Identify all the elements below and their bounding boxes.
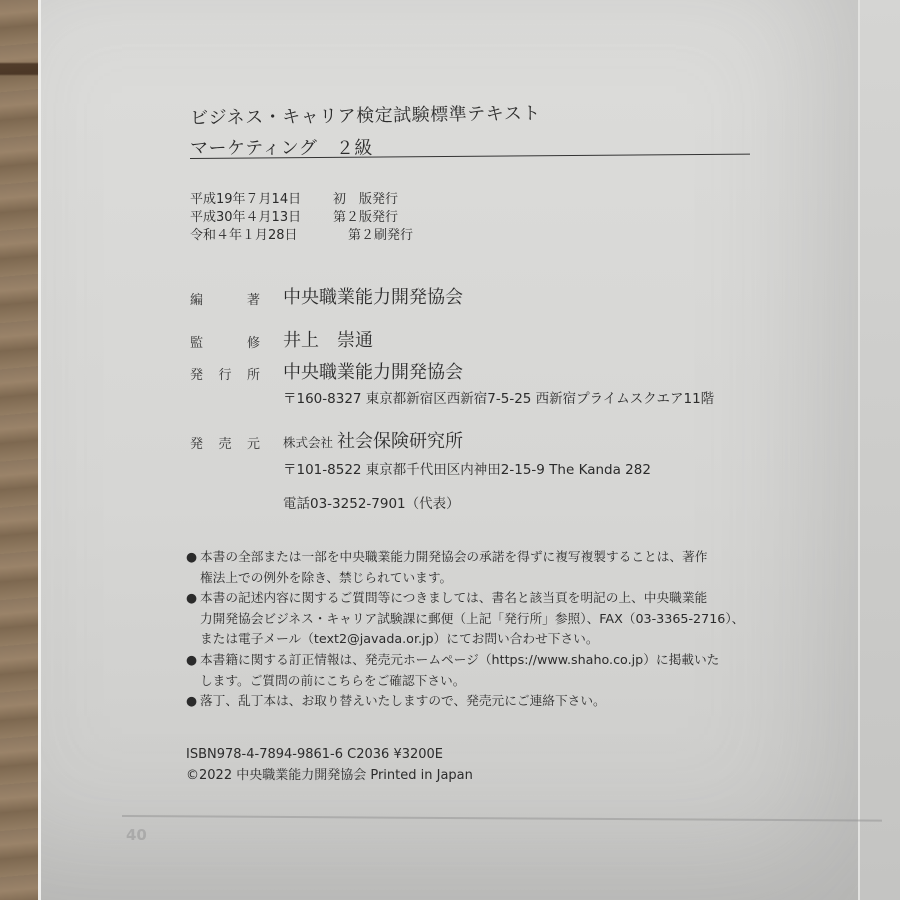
notice-line: または電子メール（text2@javada.or.jp）にてお問い合わせ下さい。 bbox=[200, 629, 786, 650]
notices: ● 本書の全部または一部を中央職業能力開発協会の承諾を得ずに複写複製することは、… bbox=[186, 547, 786, 712]
credit-label: 監 修 bbox=[190, 332, 260, 351]
publisher-address: 〒160-8327 東京都新宿区西新宿7-5-25 西新宿プライムスクエア11階 bbox=[283, 387, 714, 407]
credit-label: 編 著 bbox=[190, 289, 260, 308]
faint-pencil-mark: 40 bbox=[126, 826, 147, 844]
notice-line: します。ご質問の前にこちらをご確認下さい。 bbox=[200, 671, 786, 692]
bottom-divider bbox=[122, 815, 882, 822]
bullet-icon: ● bbox=[186, 547, 197, 568]
label-char: 編 bbox=[190, 289, 203, 308]
label-char: 売 bbox=[218, 433, 231, 452]
notice-line: 権法上での例外を除き、禁じられています。 bbox=[200, 568, 786, 589]
history-date: 平成19年７月14日 bbox=[190, 191, 301, 209]
credit-label: 発 行 所 bbox=[190, 364, 260, 383]
notice-line: 本書の全部または一部を中央職業能力開発協会の承諾を得ずに複写複製することは、著作 bbox=[200, 547, 786, 568]
book-series-title: ビジネス・キャリア検定試験標準テキスト bbox=[190, 99, 541, 130]
label-char: 著 bbox=[247, 289, 260, 308]
isbn-block: ISBN978-4-7894-9861-6 C2036 ¥3200E ©2022… bbox=[186, 744, 473, 786]
history-edition: 第２刷発行 bbox=[348, 227, 413, 245]
label-char: 発 bbox=[190, 364, 203, 383]
copyright-line: ©2022 中央職業能力開発協会 Printed in Japan bbox=[186, 765, 473, 786]
notice-line: 本書籍に関する訂正情報は、発売元ホームページ（https://www.shaho… bbox=[200, 650, 786, 671]
notice-line: 落丁、乱丁本は、お取り替えいたしますので、発売元にご連絡下さい。 bbox=[200, 691, 786, 712]
label-char: 所 bbox=[247, 364, 260, 383]
distributor-company: 社会保険研究所 bbox=[337, 431, 463, 452]
bullet-icon: ● bbox=[186, 588, 197, 609]
notice-item: ● 落丁、乱丁本は、お取り替えいたしますので、発売元にご連絡下さい。 bbox=[186, 691, 786, 712]
history-edition: 第２版発行 bbox=[333, 209, 398, 227]
credit-label: 発 売 元 bbox=[190, 433, 260, 452]
notice-item: ● 本書籍に関する訂正情報は、発売元ホームページ（https://www.sha… bbox=[186, 650, 786, 691]
history-edition: 初 版発行 bbox=[333, 191, 398, 209]
bullet-icon: ● bbox=[186, 691, 197, 712]
editor-name: 中央職業能力開発協会 bbox=[283, 283, 463, 309]
notice-item: ● 本書の全部または一部を中央職業能力開発協会の承諾を得ずに複写複製することは、… bbox=[186, 547, 786, 588]
label-char: 行 bbox=[218, 364, 231, 383]
bullet-icon: ● bbox=[186, 650, 197, 671]
distributor-address: 〒101-8522 東京都千代田区内神田2-15-9 The Kanda 282 bbox=[283, 458, 651, 478]
company-type: 株式会社 bbox=[283, 435, 333, 450]
notice-line: 本書の記述内容に関するご質問等につきましては、書名と該当頁を明記の上、中央職業能 bbox=[200, 588, 786, 609]
distributor-name: 株式会社社会保険研究所 bbox=[283, 427, 463, 453]
publisher-name: 中央職業能力開発協会 bbox=[283, 358, 463, 384]
label-char: 修 bbox=[247, 332, 260, 351]
isbn-line: ISBN978-4-7894-9861-6 C2036 ¥3200E bbox=[186, 744, 473, 765]
notice-line: 力開発協会ビジネス・キャリア試験課に郵便（上記「発行所」参照）、FAX（03-3… bbox=[200, 609, 786, 630]
label-char: 監 bbox=[190, 332, 203, 351]
label-char: 元 bbox=[247, 433, 260, 452]
label-char: 発 bbox=[190, 433, 203, 452]
colophon: ビジネス・キャリア検定試験標準テキスト マーケティング ２級 平成19年７月14… bbox=[0, 0, 900, 900]
notice-item: ● 本書の記述内容に関するご質問等につきましては、書名と該当頁を明記の上、中央職… bbox=[186, 588, 786, 650]
history-date: 平成30年４月13日 bbox=[190, 209, 301, 227]
supervisor-name: 井上 崇通 bbox=[283, 326, 373, 352]
history-date: 令和４年１月28日 bbox=[190, 227, 298, 245]
distributor-phone: 電話03-3252-7901（代表） bbox=[283, 492, 460, 512]
